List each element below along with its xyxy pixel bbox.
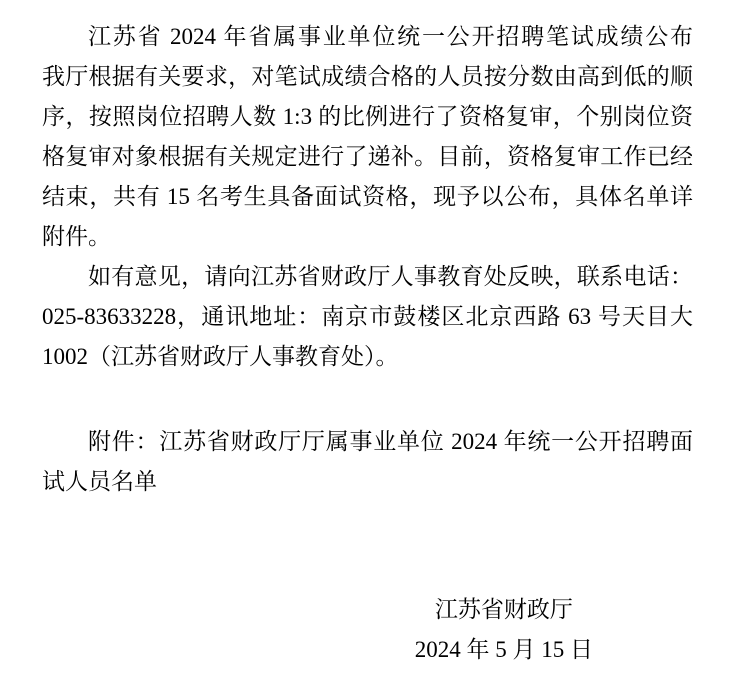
text-line: 附件：江苏省财政厅厅属事业单位 2024 年统一公开招聘面 xyxy=(42,422,693,462)
text-line: 附件。 xyxy=(42,217,693,257)
signature-block: 江苏省财政厅 2024 年 5 月 15 日 xyxy=(415,590,593,670)
issuer-name: 江苏省财政厅 xyxy=(415,590,593,630)
paragraph-contact-info: 如有意见，请向江苏省财政厅人事教育处反映，联系电话： 025-83633228，… xyxy=(42,257,693,377)
text-line: 025-83633228，通讯地址：南京市鼓楼区北京西路 63 号天目大厦 xyxy=(42,297,693,337)
text-line: 结束，共有 15 名考生具备面试资格，现予以公布，具体名单详见 xyxy=(42,177,693,217)
text-line: 试人员名单 xyxy=(42,462,693,502)
text-line: 我厅根据有关要求，对笔试成绩合格的人员按分数由高到低的顺 xyxy=(42,57,693,97)
text-line: 序，按照岗位招聘人数 1:3 的比例进行了资格复审，个别岗位资 xyxy=(42,97,693,137)
paragraph-attachment: 附件：江苏省财政厅厅属事业单位 2024 年统一公开招聘面 试人员名单 xyxy=(42,422,693,502)
text-line: 江苏省 2024 年省属事业单位统一公开招聘笔试成绩公布后， xyxy=(42,17,693,57)
issue-date: 2024 年 5 月 15 日 xyxy=(415,630,593,670)
text-line: 如有意见，请向江苏省财政厅人事教育处反映，联系电话： xyxy=(42,257,693,297)
text-line: 1002（江苏省财政厅人事教育处）。 xyxy=(42,337,693,377)
notice-document: 江苏省 2024 年省属事业单位统一公开招聘笔试成绩公布后， 我厅根据有关要求，… xyxy=(0,0,730,687)
paragraph-qualification-review: 江苏省 2024 年省属事业单位统一公开招聘笔试成绩公布后， 我厅根据有关要求，… xyxy=(42,17,693,257)
text-line: 格复审对象根据有关规定进行了递补。目前，资格复审工作已经 xyxy=(42,137,693,177)
